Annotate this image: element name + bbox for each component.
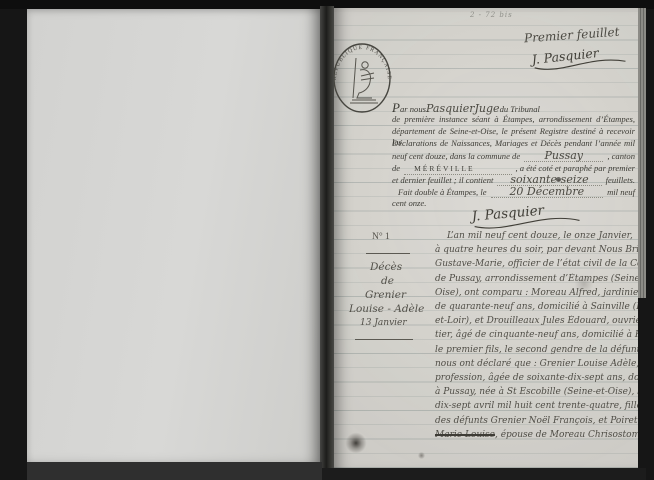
ink-blot: [342, 429, 370, 457]
ink-blot: [417, 451, 426, 460]
act-body-line: à quatre heures du soir, par devant Nous…: [435, 244, 638, 256]
preamble-line-4: Déclarations de Naissances, Mariages et …: [392, 138, 635, 149]
act-body-line: dix-sept avril mil huit cent trente-quat…: [435, 400, 638, 412]
act-body-line: Oise), ont comparu : Moreau Alfred, jard…: [435, 287, 638, 299]
register-book-scan: 2 - 72 bis Premier feuillet J. Pasquier …: [0, 0, 654, 480]
act-body-line: profession, âgée de soixante-dix-sept an…: [435, 372, 638, 384]
scan-bottom-border-left: [27, 462, 322, 480]
act-body-line: Gustave-Marie, officier de l’état civil …: [435, 258, 638, 270]
paper-smudge: [572, 272, 596, 296]
act-body-line: de quarante-neuf ans, domicilié à Sainvi…: [435, 301, 638, 313]
act-margin-surname: Grenier: [365, 289, 406, 301]
commune-name-handwritten: Pussay: [544, 149, 583, 162]
act-body-line: tier, âgé de cinquante-neuf ans, domicil…: [435, 329, 638, 341]
margin-rule: [366, 253, 410, 254]
line-rest: , épouse de Moreau Chrisostome: [495, 430, 638, 440]
page-edge-sliver: [638, 8, 646, 298]
judge-signature-top: J. Pasquier: [531, 42, 629, 76]
seal-seated-figure: [350, 58, 378, 103]
act-margin-date: 13 Janvier: [360, 318, 407, 328]
act-body-line: nous ont déclaré que : Grenier Louise Ad…: [435, 358, 638, 370]
preamble-line-8: Fait double à Étampes, le 20 Décembre mi…: [392, 186, 635, 198]
date-handwritten: 20 Décembre: [509, 185, 584, 198]
preamble-line-5: neuf cent douze, dans la commune de Puss…: [392, 150, 635, 162]
act-body-line: des défunts Grenier Noël François, et Po…: [435, 415, 638, 427]
archival-pencil-note: 2 - 72 bis: [470, 11, 513, 19]
act-body-line: à Pussay, née à St Escobille (Seine-et-O…: [435, 386, 638, 398]
struck-text: Marie Louise: [435, 430, 495, 440]
margin-rule: [355, 339, 413, 340]
act-body-line: le premier fils, le second gendre de la …: [435, 344, 638, 356]
scan-bottom-border-right: [322, 468, 646, 480]
canton-name-stamp: MÉRÉVILLE: [414, 164, 475, 173]
judge-title-handwritten: Juge: [475, 103, 500, 114]
act-margin-deces: Décès: [370, 261, 402, 273]
act-margin-de: de: [381, 275, 394, 287]
ink-splatter: [556, 177, 561, 182]
book-gutter: [320, 6, 334, 468]
register-first-sheet-page: 2 - 72 bis Premier feuillet J. Pasquier …: [334, 8, 638, 469]
act-body-line: L’an mil neuf cent douze, le onze Janvie…: [435, 230, 638, 242]
act-body-line: et-Loir), et Drouilleaux Jules Édouard, …: [435, 315, 638, 327]
judge-name-handwritten: Pasquier: [426, 103, 475, 114]
republique-francaise-seal-icon: RÉPUBLIQUE FRANÇAISE: [334, 40, 394, 116]
act-body-line: de Pussay, arrondissement d’Étampes (Sei…: [435, 273, 638, 285]
blank-left-page: [27, 9, 320, 463]
preamble-line-2: de première instance séant à Étampes, ar…: [392, 114, 635, 125]
act-number: N° 1: [372, 232, 390, 242]
act-body-line-struck: Marie Louise, épouse de Moreau Chrisosto…: [435, 429, 638, 441]
act-margin-firstnames: Louise - Adèle: [349, 303, 424, 315]
first-sheet-label-handwritten: Premier feuillet: [524, 25, 620, 46]
